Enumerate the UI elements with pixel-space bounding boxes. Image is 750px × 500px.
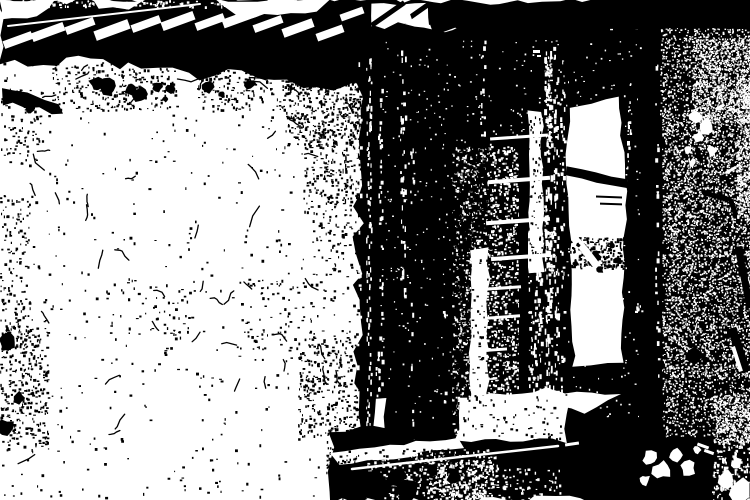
- layer-rightwall: [655, 0, 750, 500]
- photo-canvas: [0, 0, 750, 500]
- bw-photo: [0, 0, 750, 500]
